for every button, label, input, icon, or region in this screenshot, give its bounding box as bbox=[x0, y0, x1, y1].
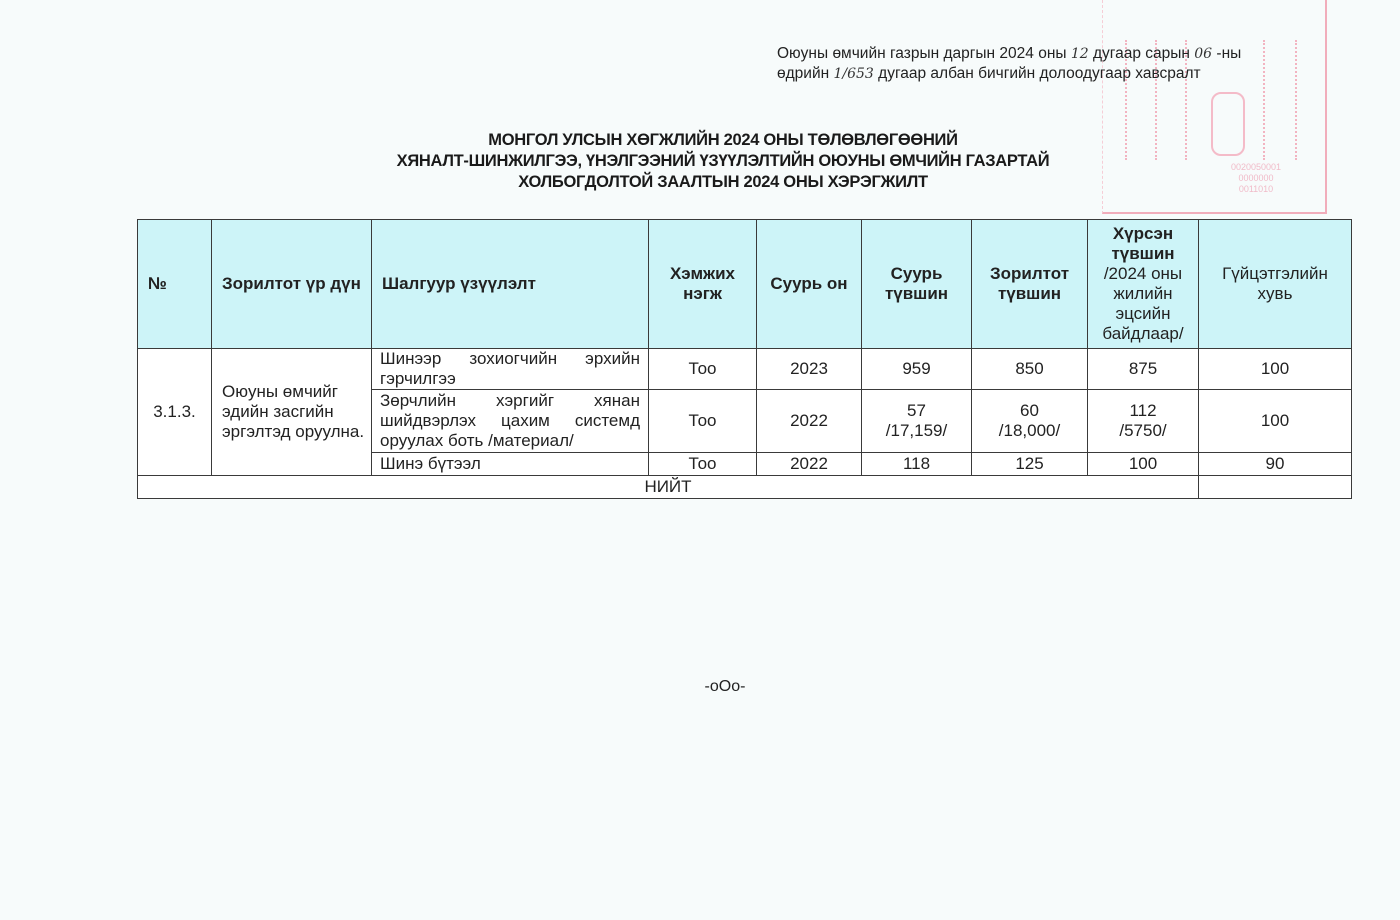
stamp-seal-emblem-icon bbox=[1211, 92, 1245, 156]
completion-cell: 90 bbox=[1199, 453, 1352, 476]
stamp-code: 0020050001 0000000 0011010 bbox=[1221, 162, 1291, 195]
total-value bbox=[1199, 476, 1352, 499]
column-header-completion: Гүйцэтгэлийн хувь bbox=[1199, 220, 1352, 349]
target-level-cell: 60 /18,000/ bbox=[972, 390, 1088, 453]
handwritten-month: 12 bbox=[1071, 46, 1089, 62]
table-row: 3.1.3. Оюуны өмчийг эдийн засгийн эргэлт… bbox=[138, 349, 1352, 390]
table-header-row: № Зорилтот үр дүн Шалгуур үзүүлэлт Хэмжи… bbox=[138, 220, 1352, 349]
completion-cell: 100 bbox=[1199, 390, 1352, 453]
end-of-document-mark: -oOo- bbox=[0, 678, 1400, 696]
target-level-cell: 125 bbox=[972, 453, 1088, 476]
column-header-base-level: Суурь түвшин bbox=[862, 220, 972, 349]
unit-cell: Тоо bbox=[649, 453, 757, 476]
target-level-cell: 850 bbox=[972, 349, 1088, 390]
base-year-cell: 2023 bbox=[757, 349, 862, 390]
base-year-cell: 2022 bbox=[757, 390, 862, 453]
total-row: НИЙТ bbox=[138, 476, 1352, 499]
base-level-cell: 57 /17,159/ bbox=[862, 390, 972, 453]
indicator-cell: Шинэ бүтээл bbox=[372, 453, 649, 476]
total-label: НИЙТ bbox=[138, 476, 1199, 499]
indicator-cell: Шинээр зохиогчийн эрхийн гэрчилгээ bbox=[372, 349, 649, 390]
column-header-achieved-level: Хүрсэн түвшин /2024 оны жилийн эцсийн ба… bbox=[1088, 220, 1199, 349]
column-header-target-result: Зорилтот үр дүн bbox=[212, 220, 372, 349]
base-level-cell: 118 bbox=[862, 453, 972, 476]
base-level-cell: 959 bbox=[862, 349, 972, 390]
handwritten-day: 06 bbox=[1194, 46, 1212, 62]
document-title: МОНГОЛ УЛСЫН ХӨГЖЛИЙН 2024 ОНЫ ТӨЛӨВЛӨГӨ… bbox=[300, 130, 1146, 193]
handwritten-doc-number: 1/653 bbox=[833, 66, 873, 82]
achieved-level-cell: 875 bbox=[1088, 349, 1199, 390]
note-line-2: өдрийн 1/653 дугаар албан бичгийн долоод… bbox=[777, 64, 1337, 84]
column-header-target-level: Зорилтот түвшин bbox=[972, 220, 1088, 349]
unit-cell: Тоо bbox=[649, 349, 757, 390]
achieved-level-cell: 112 /5750/ bbox=[1088, 390, 1199, 453]
unit-cell: Тоо bbox=[649, 390, 757, 453]
column-header-no: № bbox=[138, 220, 212, 349]
base-year-cell: 2022 bbox=[757, 453, 862, 476]
achieved-level-cell: 100 bbox=[1088, 453, 1199, 476]
column-header-indicator: Шалгуур үзүүлэлт bbox=[372, 220, 649, 349]
group-number: 3.1.3. bbox=[138, 349, 212, 476]
attachment-reference-note: Оюуны өмчийн газрын даргын 2024 оны 12 д… bbox=[777, 44, 1337, 84]
column-header-unit: Хэмжих нэгж bbox=[649, 220, 757, 349]
group-target-result: Оюуны өмчийг эдийн засгийн эргэлтэд оруу… bbox=[212, 349, 372, 476]
column-header-base-year: Суурь он bbox=[757, 220, 862, 349]
kpi-implementation-table: № Зорилтот үр дүн Шалгуур үзүүлэлт Хэмжи… bbox=[137, 219, 1352, 499]
note-line-1: Оюуны өмчийн газрын даргын 2024 оны 12 д… bbox=[777, 44, 1337, 64]
completion-cell: 100 bbox=[1199, 349, 1352, 390]
indicator-cell: Зөрчлийн хэргийг хянан шийдвэрлэх цахим … bbox=[372, 390, 649, 453]
